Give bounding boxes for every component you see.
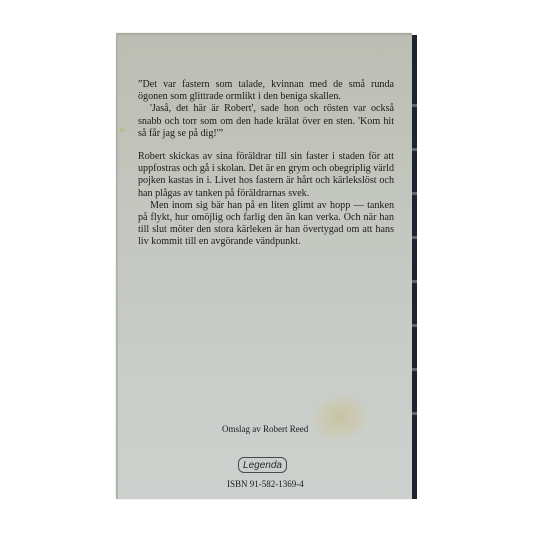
spine-lettering [412, 90, 417, 430]
publisher-logo-text: Legenda [243, 460, 282, 471]
blurb-quote-1: ”Det var fastern som talade, kvinnan med… [138, 79, 394, 103]
cover-credit: Omslag av Robert Reed [222, 424, 308, 434]
blurb-paragraph-1: Robert skickas av sina föräldrar till si… [138, 151, 394, 200]
blurb-text: ”Det var fastern som talade, kvinnan med… [138, 79, 394, 249]
cover-top-edge [116, 33, 412, 35]
cover-left-edge [116, 33, 118, 499]
blurb-quote-2: 'Jaså, det här är Robert', sade hon och … [138, 103, 394, 140]
cover-spot [120, 128, 124, 132]
publisher-logo: Legenda [238, 457, 287, 473]
isbn: ISBN 91-582-1369-4 [227, 479, 304, 489]
blurb-paragraph-2: Men inom sig bär han på en liten glimt a… [138, 200, 394, 249]
